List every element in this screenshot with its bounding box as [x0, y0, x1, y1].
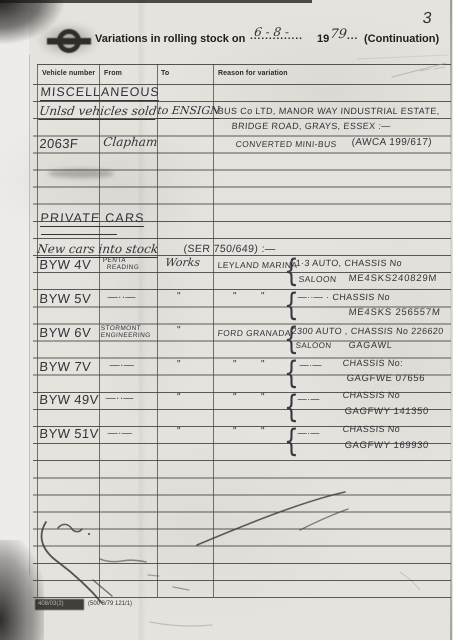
scanned-form-page: 3 Variations in rolling stock on .......…: [0, 0, 453, 640]
footer-print-code: (500 3/79 121/1): [88, 601, 132, 607]
footer-form-code: 408/03(2): [38, 601, 64, 607]
pen-scribbles: [0, 0, 453, 640]
